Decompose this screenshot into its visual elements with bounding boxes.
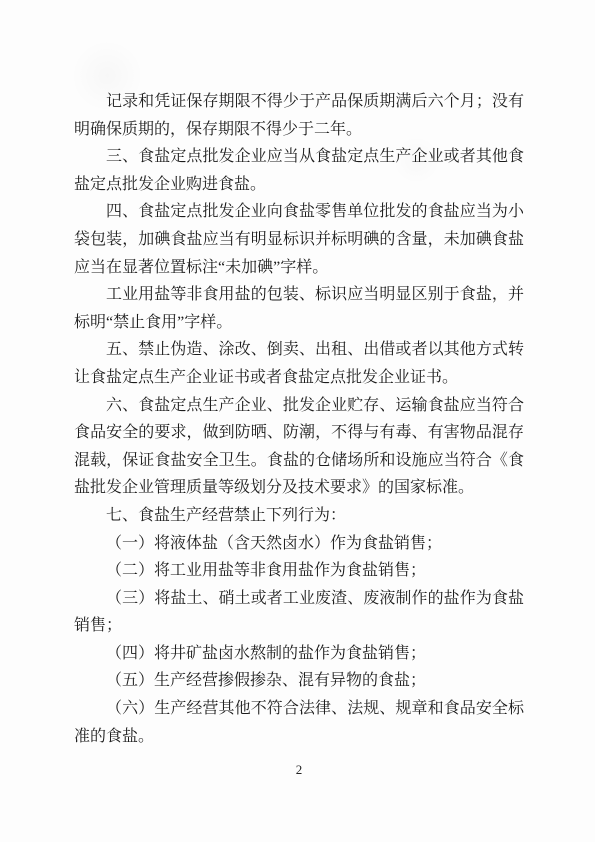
- document-body: 记录和凭证保存期限不得少于产品保质期满后六个月；没有明确保质期的，保存期限不得少…: [74, 88, 524, 750]
- paragraph: （二）将工业用盐等非食用盐作为食盐销售；: [74, 557, 524, 585]
- paragraph: （四）将井矿盐卤水熬制的盐作为食盐销售；: [74, 640, 524, 668]
- page-number: 2: [74, 763, 524, 777]
- paragraph: 三、食盐定点批发企业应当从食盐定点生产企业或者其他食盐定点批发企业购进食盐。: [74, 143, 524, 198]
- paragraph: 七、食盐生产经营禁止下列行为：: [74, 502, 524, 530]
- document-page: 记录和凭证保存期限不得少于产品保质期满后六个月；没有明确保质期的，保存期限不得少…: [0, 0, 595, 842]
- paragraph: （一）将液体盐（含天然卤水）作为食盐销售；: [74, 530, 524, 558]
- paragraph: 四、食盐定点批发企业向食盐零售单位批发的食盐应当为小袋包装，加碘食盐应当有明显标…: [74, 198, 524, 281]
- paragraph: 工业用盐等非食用盐的包装、标识应当明显区别于食盐，并标明“禁止食用”字样。: [74, 281, 524, 336]
- paragraph: 五、禁止伪造、涂改、倒卖、出租、出借或者以其他方式转让食盐定点生产企业证书或者食…: [74, 336, 524, 391]
- paragraph: 记录和凭证保存期限不得少于产品保质期满后六个月；没有明确保质期的，保存期限不得少…: [74, 88, 524, 143]
- paragraph: 六、食盐定点生产企业、批发企业贮存、运输食盐应当符合食品安全的要求，做到防晒、防…: [74, 392, 524, 502]
- paragraph: （三）将盐土、硝土或者工业废渣、废液制作的盐作为食盐销售；: [74, 585, 524, 640]
- paragraph: （六）生产经营其他不符合法律、法规、规章和食品安全标准的食盐。: [74, 695, 524, 750]
- paragraph: （五）生产经营掺假掺杂、混有异物的食盐；: [74, 667, 524, 695]
